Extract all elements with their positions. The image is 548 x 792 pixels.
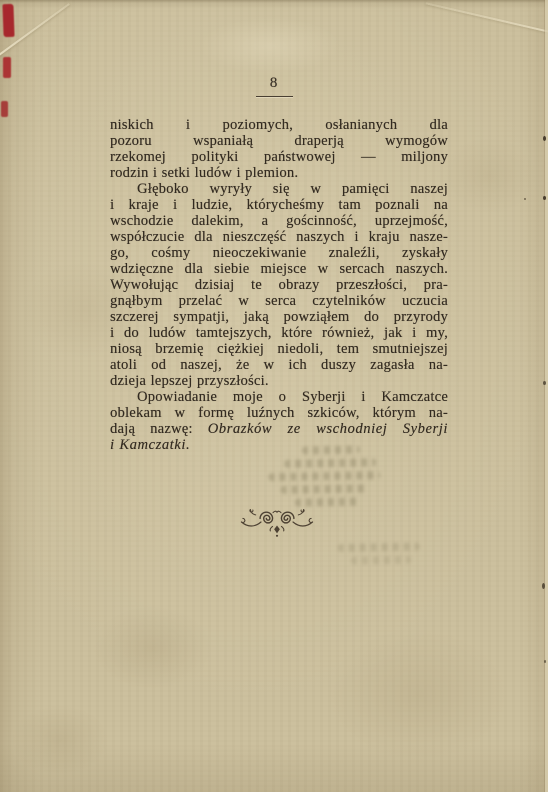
show-through-line <box>284 458 376 468</box>
edge-speck <box>524 198 526 200</box>
page-right-edge <box>544 0 548 792</box>
text-line: atoli od naszej, że w ich duszy zagasła … <box>110 357 448 373</box>
text-line: szczerej sympatji, jaką powziąłem do prz… <box>110 309 448 325</box>
text-line: wdzięczne dla siebie miejsce w sercach n… <box>110 261 448 277</box>
text-line: wschodzie dalekim, a gościnność, uprzejm… <box>110 213 448 229</box>
text-line: Opowiadanie moje o Syberji i Kamczatce <box>110 389 448 405</box>
text-line: rzekomej polityki państwowej — miljony <box>110 149 448 165</box>
text-line: niosą brzemię ciężkiej niedoli, tem smut… <box>110 341 448 357</box>
text-line: i kraje i ludzie, którycheśmy tam poznal… <box>110 197 448 213</box>
tailpiece-ornament <box>237 504 317 540</box>
fold-crease-top-right <box>426 2 548 35</box>
text-block: niskich i poziomych, osłanianych dlapozo… <box>110 117 448 453</box>
text-line: pozoru wspaniałą draperją wymogów <box>110 133 448 149</box>
show-through-line <box>302 446 360 455</box>
text-line: go, cośmy nieoczekiwanie znaleźli, zyska… <box>110 245 448 261</box>
edge-speck <box>544 660 546 663</box>
text-line: współczucie dla nieszczęść naszych i kra… <box>110 229 448 245</box>
red-edge-mark <box>1 101 8 117</box>
book-page: 8 niskich i poziomych, osłanianych dlapo… <box>0 0 548 792</box>
text-line: gnąłbym przelać w serca czytelników uczu… <box>110 293 448 309</box>
page-number-rule <box>256 96 293 97</box>
show-through-line <box>281 484 369 494</box>
show-through-line <box>338 543 420 552</box>
red-edge-mark <box>3 57 11 78</box>
text-line: niskich i poziomych, osłanianych dla <box>110 117 448 133</box>
edge-speck <box>542 583 545 589</box>
red-edge-mark <box>2 4 14 37</box>
edge-speck <box>543 381 546 385</box>
text-line: i do ludów tamtejszych, które również, j… <box>110 325 448 341</box>
text-line: Głęboko wyryły się w pamięci naszej <box>110 181 448 197</box>
page-header: 8 <box>0 76 548 97</box>
page-number: 8 <box>0 76 548 91</box>
edge-speck <box>543 196 546 200</box>
text-line: Wywołując dzisiaj te obrazy przeszłości,… <box>110 277 448 293</box>
show-through-line <box>351 556 411 565</box>
text-line: oblekam w formę luźnych szkiców, którym … <box>110 405 448 421</box>
show-through-line <box>268 471 380 481</box>
text-line: dają nazwę: Obrazków ze wschodniej Syber… <box>110 421 448 437</box>
edge-speck <box>543 136 546 141</box>
text-line: rodzin i setki ludów i plemion. <box>110 165 448 181</box>
text-line: dzieja lepszej przyszłości. <box>110 373 448 389</box>
